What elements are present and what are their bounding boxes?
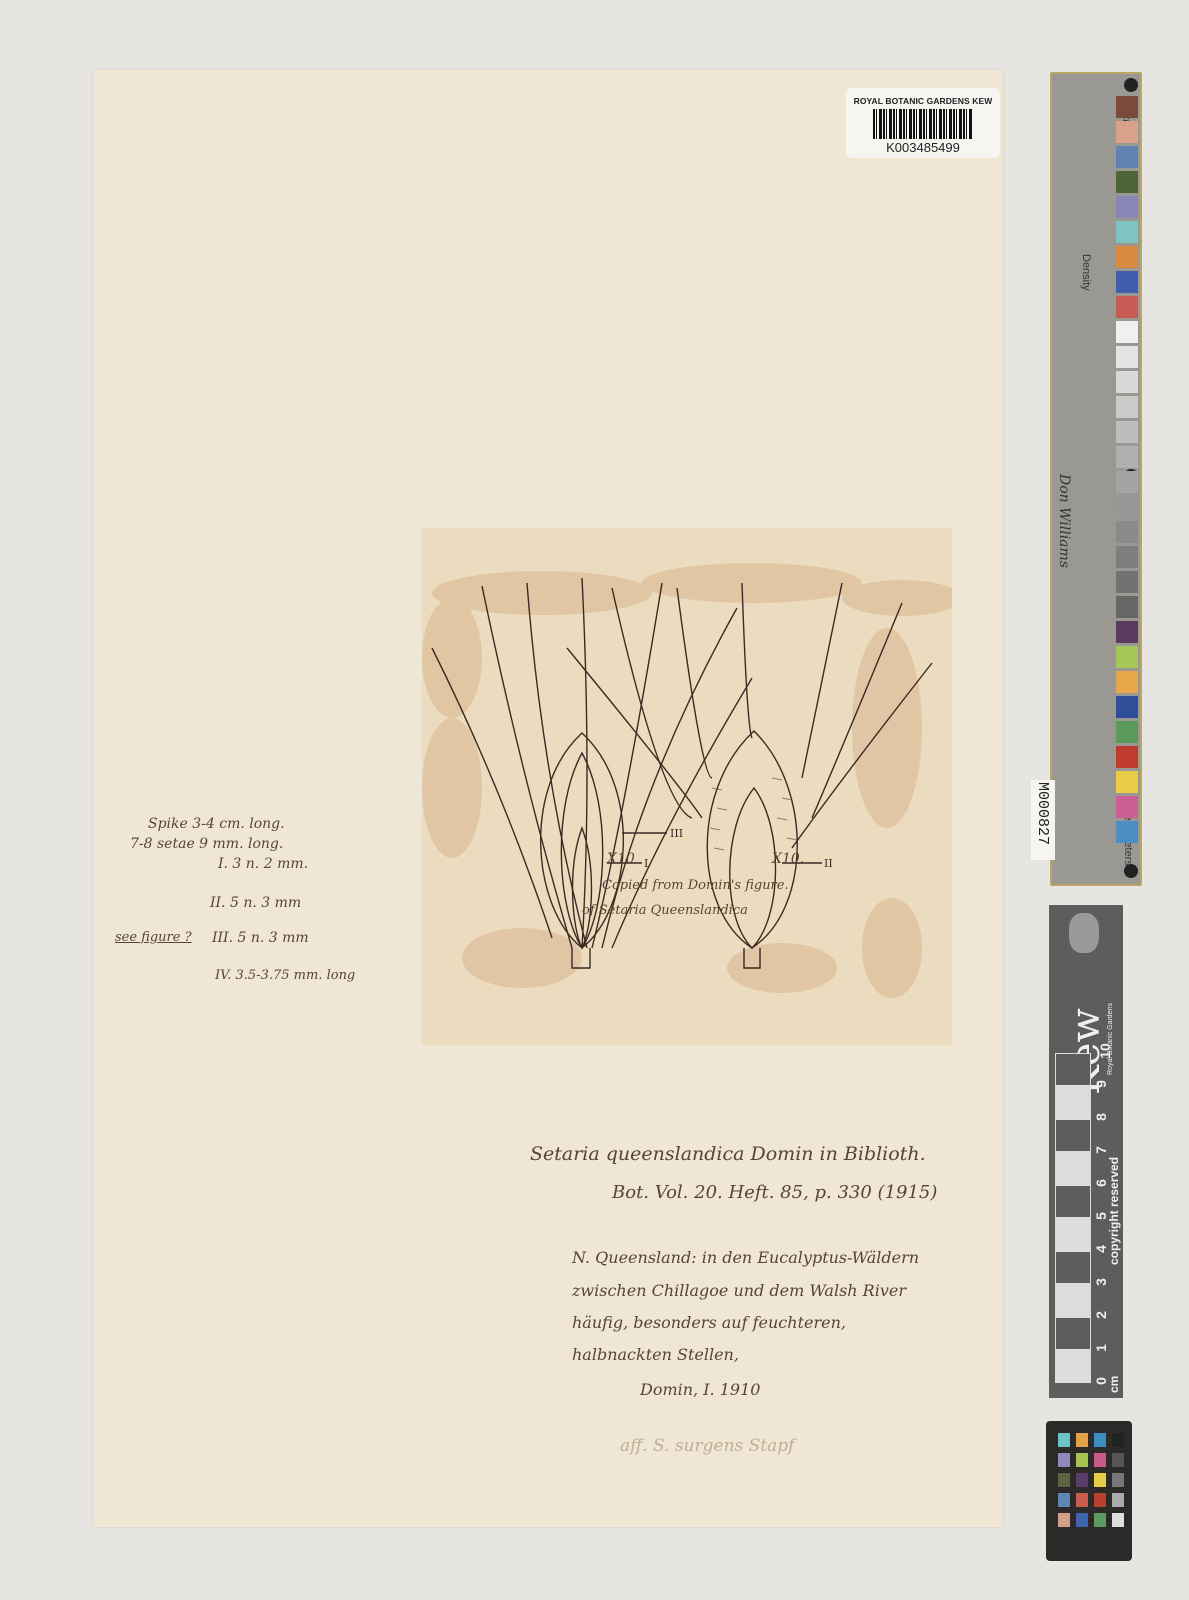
marker-I: I [644,857,648,870]
calibration-code-label: M000827 [1031,780,1055,860]
ruler-number: 3 [1093,1278,1109,1286]
gray-chip [1112,1453,1124,1467]
locality-line-1: N. Queensland: in den Eucalyptus-Wäldern [572,1248,919,1267]
brand-label: Don Williams [1056,474,1072,568]
color-chip [1058,1493,1070,1507]
barcode-number: K003485499 [846,140,1000,155]
color-swatch [1116,396,1138,418]
institution-name: ROYAL BOTANIC GARDENS KEW [846,96,1000,106]
ruler-number: 10 [1097,1043,1113,1059]
color-swatch [1116,421,1138,443]
ruler-number: 5 [1093,1212,1109,1220]
barcode-label: ROYAL BOTANIC GARDENS KEW K003485499 [846,88,1000,158]
color-swatch [1116,171,1138,193]
determination-line-2: Bot. Vol. 20. Heft. 85, p. 330 (1915) [612,1182,937,1203]
barcode-icon [873,109,973,139]
note-see-figure: see figure ? [115,930,192,945]
ruler-cell [1055,1086,1091,1119]
kew-subtitle: Royal Botanic Gardens [1107,1003,1114,1075]
ruler-cell [1055,1185,1091,1218]
color-swatch [1116,346,1138,368]
note-glume-2: II. 5 n. 3 mm [210,895,301,911]
locality-line-4: halbnackten Stellen, [572,1345,739,1364]
ruler-number: 9 [1093,1080,1109,1088]
color-swatch [1116,371,1138,393]
ruler-number: 7 [1093,1146,1109,1154]
locality-line-2: zwischen Chillagoe und dem Walsh River [572,1281,906,1300]
color-chip [1076,1493,1088,1507]
spikelet-drawing-icon: III I II [422,528,952,1045]
scale-label-left: X10 [607,851,635,867]
calibration-code: M000827 [1034,782,1051,845]
note-glume-3: III. 5 n. 3 mm [212,930,309,946]
color-swatch [1116,471,1138,493]
color-chip [1094,1493,1106,1507]
color-chip [1076,1473,1088,1487]
affinity-annotation: aff. S. surgens Stapf [620,1436,794,1456]
color-swatch [1116,196,1138,218]
collector-date: Domin, I. 1910 [640,1380,760,1399]
copied-figure: III I II X10 X10. Copied from Domin's fi… [422,528,952,1045]
determination-line-1: Setaria queenslandica Domin in Biblioth. [530,1143,926,1165]
kew-crest-icon [1069,913,1099,953]
color-swatch [1116,596,1138,618]
color-swatch [1116,321,1138,343]
color-swatch [1116,796,1138,818]
registration-dot-icon [1124,78,1138,92]
color-swatch [1116,246,1138,268]
color-chip [1076,1513,1088,1527]
ruler-cell [1055,1251,1091,1284]
note-glume-1: I. 3 n. 2 mm. [218,856,308,872]
ruler-cell [1055,1119,1091,1152]
color-swatch [1116,771,1138,793]
color-swatch [1116,221,1138,243]
color-swatch [1116,821,1138,843]
color-chip [1058,1473,1070,1487]
note-setae: 7-8 setae 9 mm. long. [130,836,283,852]
figure-caption-1: Copied from Domin's figure. [602,878,789,893]
color-calibration-bar: inches Density Don Williams centimeters [1050,72,1142,886]
color-swatch [1116,671,1138,693]
ruler-number: 6 [1093,1179,1109,1187]
marker-II: II [824,857,833,870]
color-swatch [1116,271,1138,293]
note-spike: Spike 3-4 cm. long. [148,816,285,832]
color-chip [1058,1433,1070,1447]
color-chip [1058,1453,1070,1467]
color-chip [1094,1433,1106,1447]
locality-line-3: häufig, besonders auf feuchteren, [572,1313,846,1332]
color-swatch [1116,296,1138,318]
ruler-number: 8 [1093,1113,1109,1121]
copyright-label: copyright reserved [1107,1157,1121,1265]
color-checker-card [1046,1421,1132,1561]
ruler-number: 1 [1093,1344,1109,1352]
marker-III: III [670,827,683,840]
ruler-number: 2 [1093,1311,1109,1319]
ruler-cell [1055,1218,1091,1251]
color-swatch [1116,646,1138,668]
gray-chip [1112,1433,1124,1447]
registration-dot-icon [1124,864,1138,878]
ruler-cell [1055,1284,1091,1317]
color-swatch [1116,121,1138,143]
color-swatch [1116,721,1138,743]
ruler-cell [1055,1350,1091,1383]
color-swatch [1116,571,1138,593]
color-chip [1094,1473,1106,1487]
unit-label: cm [1107,1376,1121,1393]
color-swatch [1116,521,1138,543]
gray-chip [1112,1473,1124,1487]
density-label: Density [1080,254,1092,291]
kew-scale-bar: Kew Royal Botanic Gardens copyright rese… [1049,905,1123,1398]
color-chip [1094,1513,1106,1527]
color-swatch [1116,546,1138,568]
scale-label-right: X10. [772,851,804,867]
ruler-number: 4 [1093,1245,1109,1253]
figure-caption-2: of Setaria Queenslandica [582,903,748,918]
ruler-cell [1055,1053,1091,1086]
note-glume-4: IV. 3.5-3.75 mm. long [215,968,355,983]
gray-chip [1112,1513,1124,1527]
gray-chip [1112,1493,1124,1507]
color-chip [1094,1453,1106,1467]
color-chip [1058,1513,1070,1527]
ruler-cell [1055,1317,1091,1350]
color-swatch [1116,621,1138,643]
color-swatch [1116,446,1138,468]
color-swatch [1116,146,1138,168]
ruler-number: 0 [1093,1377,1109,1385]
color-swatch [1116,96,1138,118]
color-chip [1076,1433,1088,1447]
color-swatch [1116,746,1138,768]
color-swatch [1116,496,1138,518]
color-chip [1076,1453,1088,1467]
ruler-cell [1055,1152,1091,1185]
color-swatch [1116,696,1138,718]
